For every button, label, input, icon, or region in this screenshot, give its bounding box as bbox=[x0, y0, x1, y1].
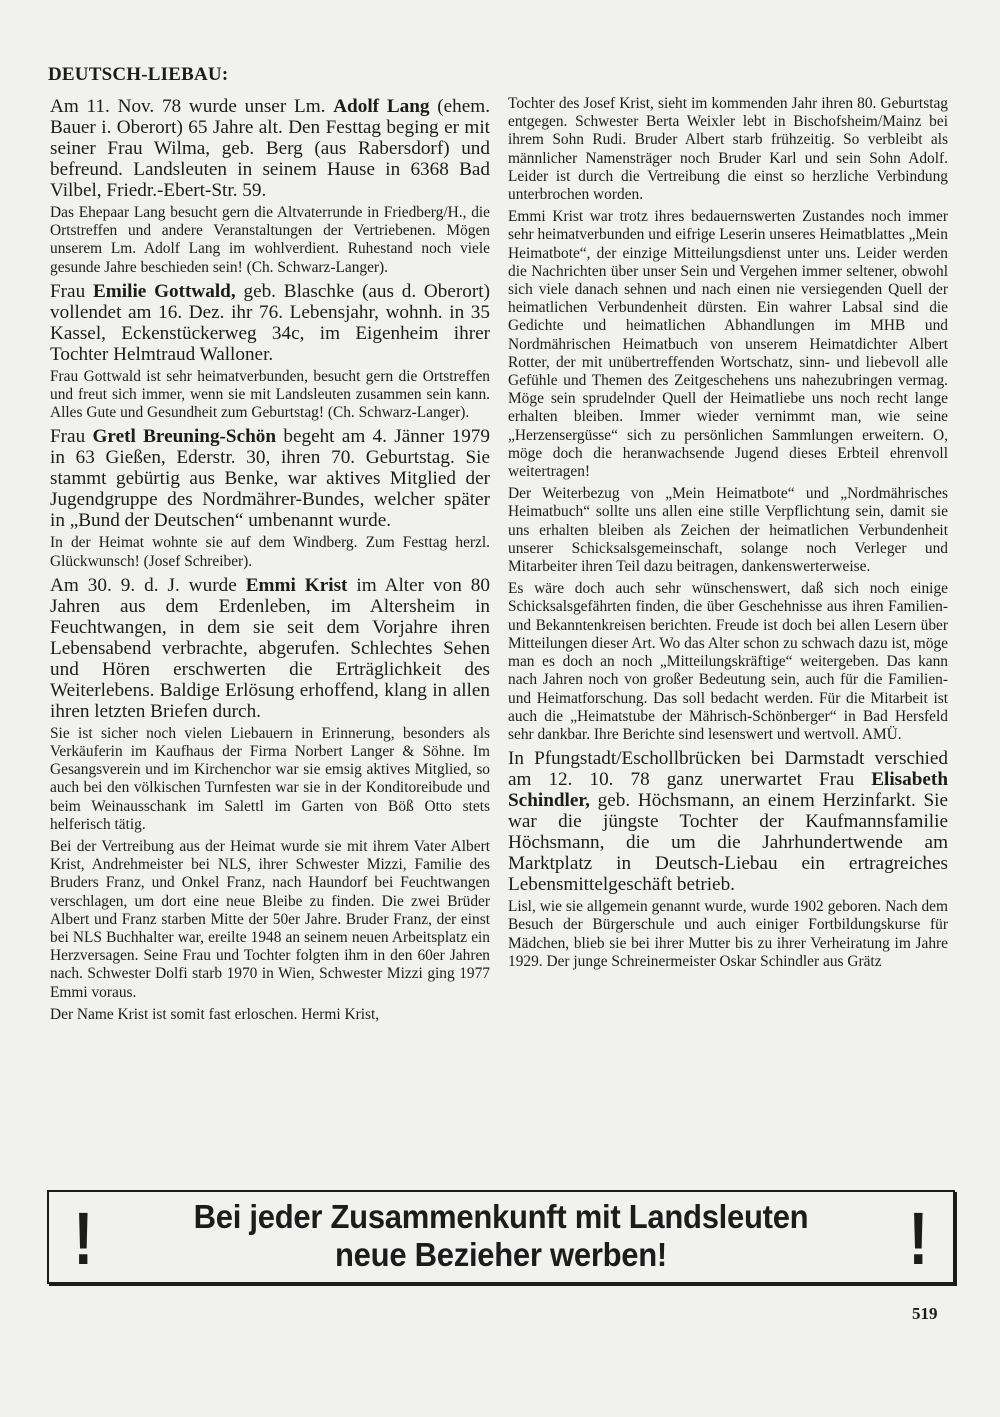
article-elisabeth-schindler: In Pfungstadt/Eschollbrücken bei Darmsta… bbox=[508, 748, 948, 895]
paragraph: Sie ist sicher noch vielen Liebauern in … bbox=[50, 725, 490, 834]
person-name: Adolf Lang bbox=[333, 96, 429, 117]
paragraph: Bei der Vertreibung aus der Heimat wurde… bbox=[50, 838, 490, 1002]
exclamation-icon: ! bbox=[909, 1202, 929, 1276]
newsletter-page: DEUTSCH-LIEBAU: Am 11. Nov. 78 wurde uns… bbox=[0, 0, 1000, 1417]
paragraph: Es wäre doch auch sehr wünschenswert, da… bbox=[508, 580, 948, 744]
text: im Alter von 80 Jahren aus dem Erdenlebe… bbox=[50, 575, 490, 722]
paragraph: Emmi Krist war trotz ihres bedauernswert… bbox=[508, 208, 948, 481]
text: Am 30. 9. d. J. wurde bbox=[50, 575, 246, 596]
paragraph: Lisl, wie sie allgemein genannt wurde, w… bbox=[508, 898, 948, 971]
right-column: Tochter des Josef Krist, sieht im kommen… bbox=[508, 95, 948, 975]
text: Frau bbox=[50, 281, 93, 302]
paragraph: Das Ehepaar Lang besucht gern die Altvat… bbox=[50, 204, 490, 277]
text: Frau bbox=[50, 426, 92, 447]
article-adolf-lang: Am 11. Nov. 78 wurde unser Lm. Adolf Lan… bbox=[50, 96, 490, 201]
paragraph: Der Name Krist ist somit fast erloschen.… bbox=[50, 1006, 490, 1024]
article-emilie-gottwald: Frau Emilie Gottwald, geb. Blaschke (aus… bbox=[50, 281, 490, 365]
text: Am 11. Nov. 78 wurde unser Lm. bbox=[50, 96, 333, 117]
subscription-banner: ! Bei jeder Zusammenkunft mit Landsleute… bbox=[47, 1190, 955, 1284]
banner-message: Bei jeder Zusammenkunft mit Landsleuten … bbox=[133, 1198, 870, 1274]
section-heading: DEUTSCH-LIEBAU: bbox=[48, 64, 228, 86]
article-emmi-krist: Am 30. 9. d. J. wurde Emmi Krist im Alte… bbox=[50, 575, 490, 722]
exclamation-icon: ! bbox=[73, 1202, 93, 1276]
paragraph: Tochter des Josef Krist, sieht im kommen… bbox=[508, 95, 948, 204]
article-gretl-breuning-schoen: Frau Gretl Breuning-Schön begeht am 4. J… bbox=[50, 426, 490, 531]
banner-line-1: Bei jeder Zusammenkunft mit Landsleuten bbox=[133, 1198, 870, 1236]
paragraph: Frau Gottwald ist sehr heimatverbunden, … bbox=[50, 368, 490, 423]
left-column: Am 11. Nov. 78 wurde unser Lm. Adolf Lan… bbox=[50, 96, 490, 1028]
person-name: Gretl Breuning-Schön bbox=[92, 426, 276, 447]
person-name: Emmi Krist bbox=[246, 575, 348, 596]
paragraph: Der Weiterbezug von „Mein Heimatbote“ un… bbox=[508, 485, 948, 576]
paragraph: In der Heimat wohnte sie auf dem Windber… bbox=[50, 534, 490, 570]
banner-line-2: neue Bezieher werben! bbox=[133, 1236, 870, 1274]
person-name: Emilie Gottwald, bbox=[93, 281, 236, 302]
page-number: 519 bbox=[912, 1304, 938, 1324]
